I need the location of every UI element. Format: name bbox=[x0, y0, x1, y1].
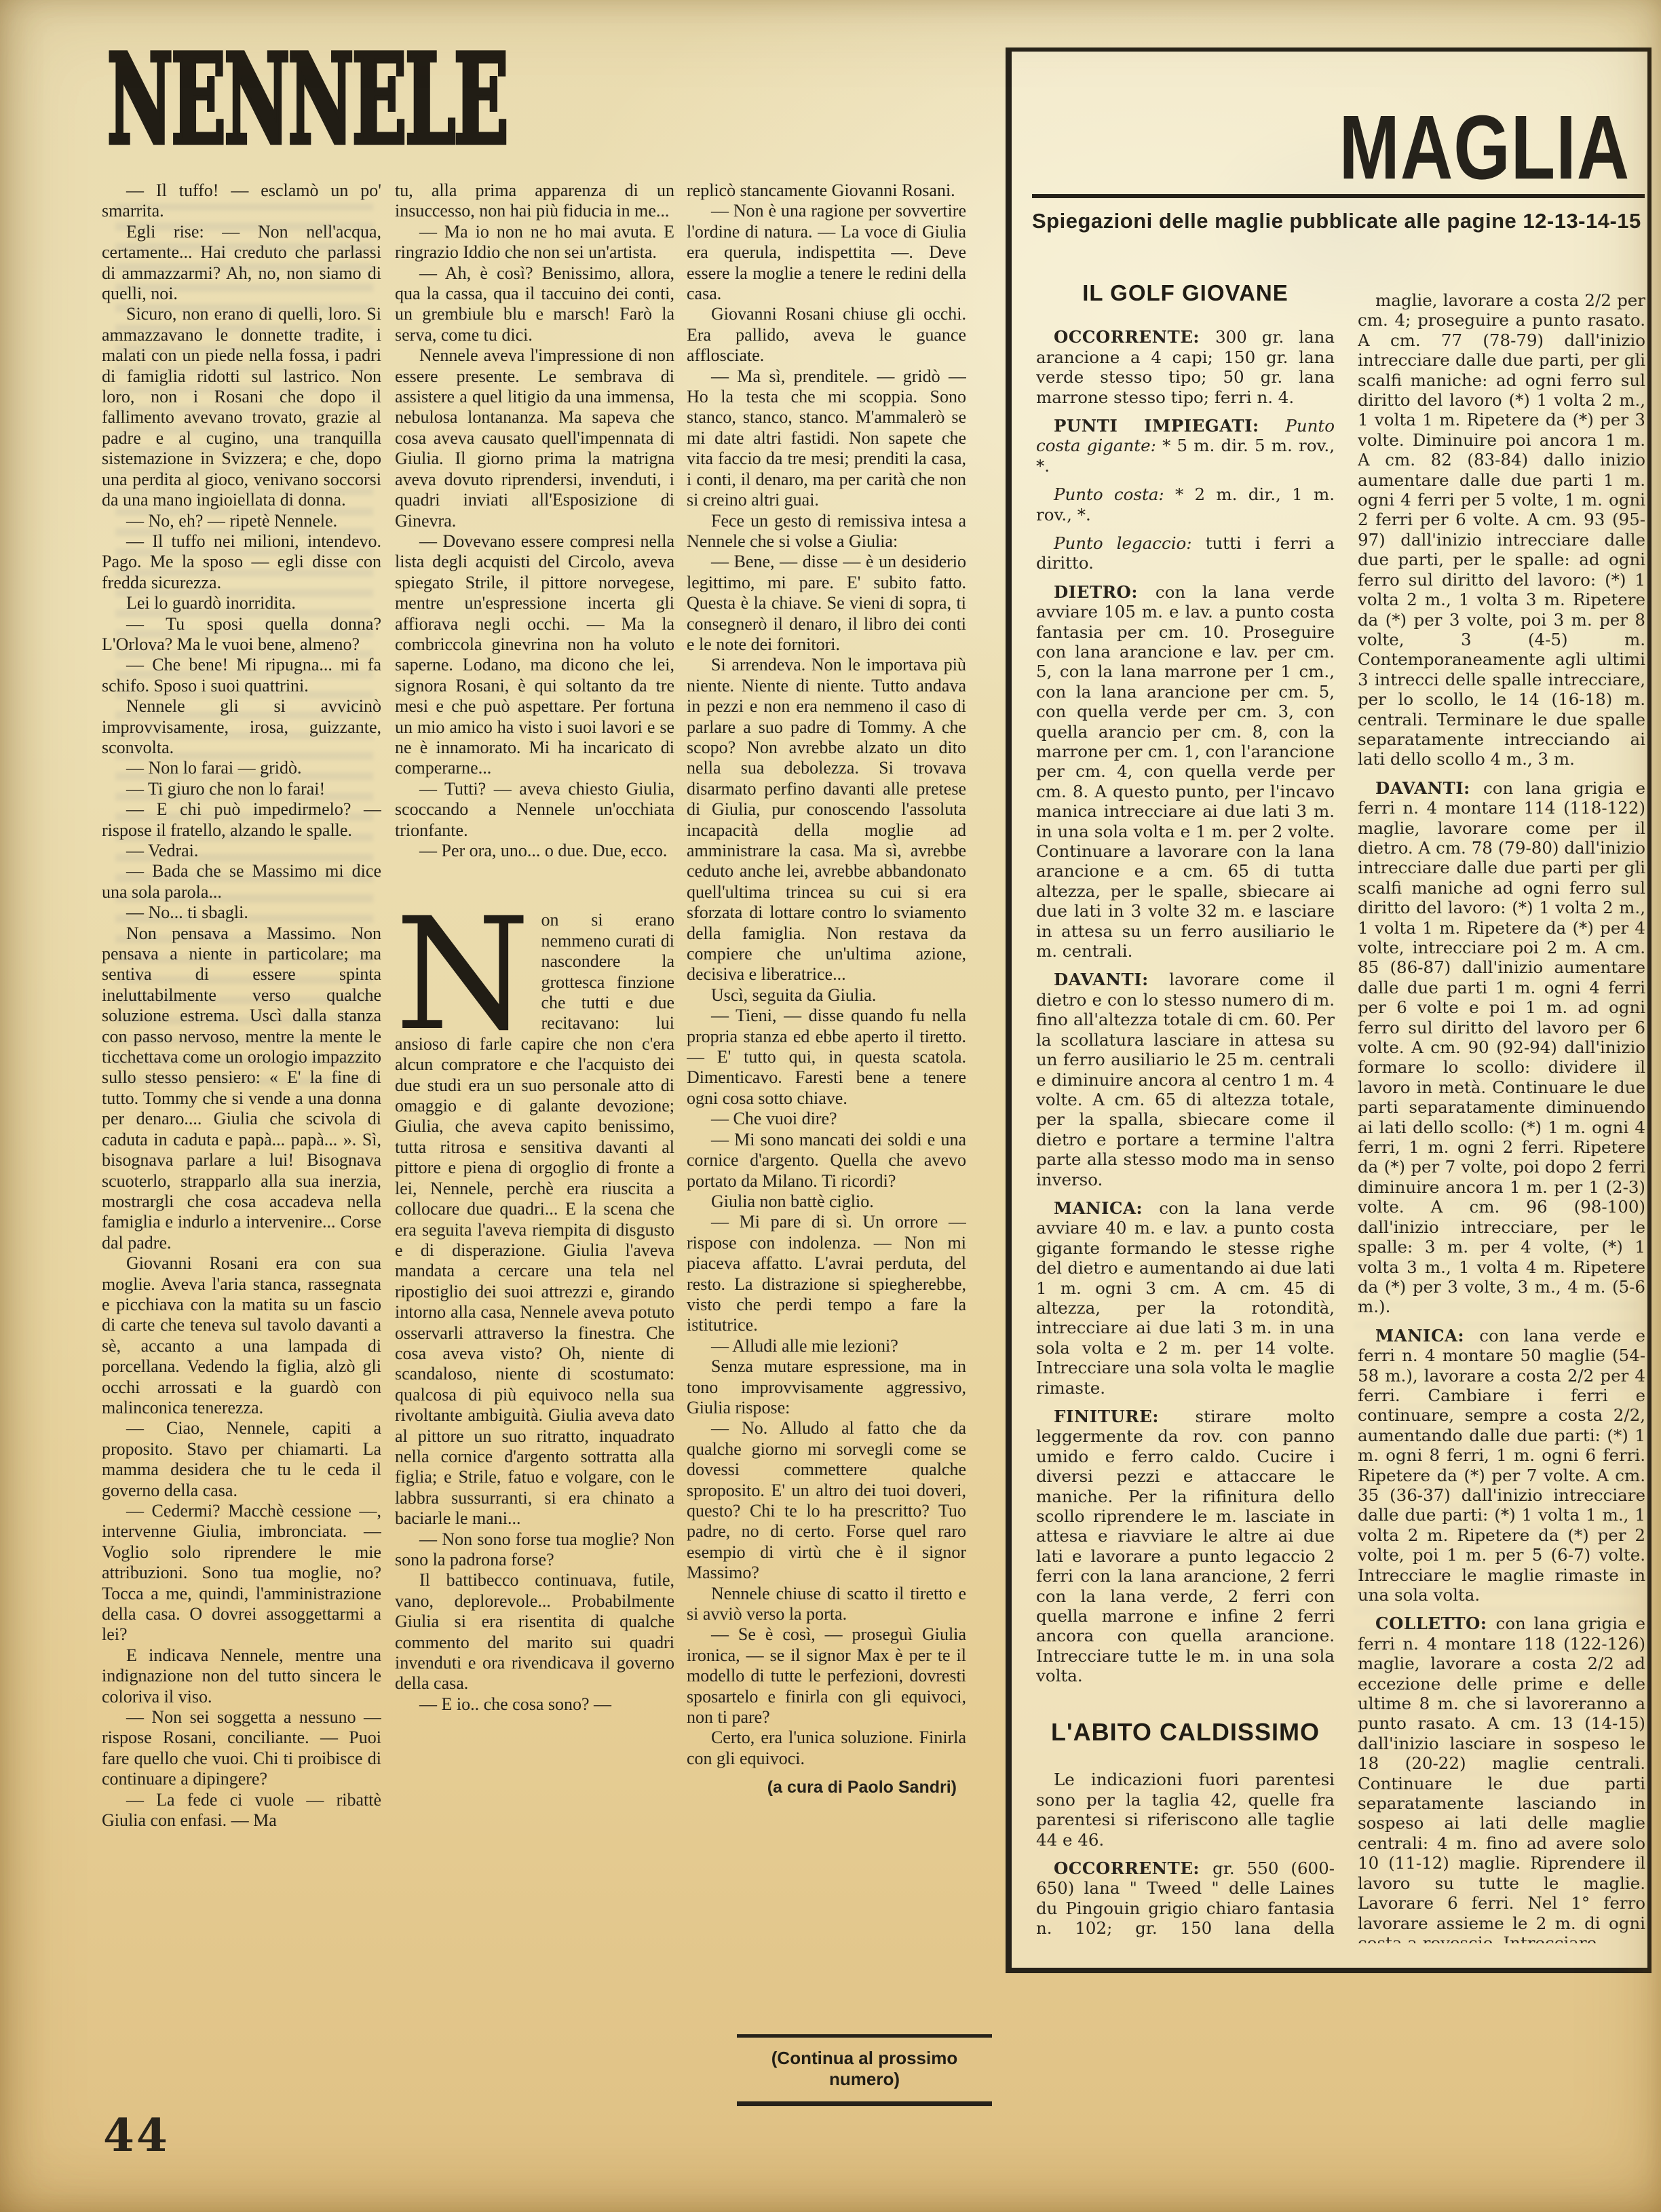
paragraph: Certo, era l'unica soluzione. Finirla co… bbox=[687, 1728, 966, 1769]
paragraph: Egli rise: — Non nell'acqua, certamente.… bbox=[102, 222, 381, 305]
paragraph: — Per ora, uno... o due. Due, ecco. bbox=[395, 841, 674, 861]
paragraph: PUNTI IMPIEGATI: Punto costa gigante: * … bbox=[1036, 416, 1335, 476]
paragraph: — Dovevano essere compresi nella lista d… bbox=[395, 531, 674, 779]
paragraph: DAVANTI: con lana grigia e ferri n. 4 mo… bbox=[1358, 778, 1645, 1317]
paragraph: DAVANTI: lavorare come il dietro e con l… bbox=[1036, 970, 1335, 1189]
paragraph: — Tu sposi quella donna? L'Orlova? Ma le… bbox=[102, 614, 381, 655]
paragraph: — Ma sì, prenditele. — gridò — Ho la tes… bbox=[687, 366, 966, 511]
paragraph: — La fede ci vuole — ribattè Giulia con … bbox=[102, 1790, 381, 1831]
paragraph: — Ah, è così? Benissimo, allora, qua la … bbox=[395, 263, 674, 346]
paragraph: — Bene, — disse — è un desiderio legitti… bbox=[687, 552, 966, 655]
paragraph: Il battibecco continuava, futile, vano, … bbox=[395, 1570, 674, 1694]
paragraph: MANICA: con la lana verde avviare 40 m. … bbox=[1036, 1198, 1335, 1398]
paragraph: — Mi sono mancati dei soldi e una cornic… bbox=[687, 1130, 966, 1191]
paragraph: — Ti giuro che non lo farai! bbox=[102, 779, 381, 799]
paragraph: Giulia non battè ciglio. bbox=[687, 1191, 966, 1212]
paragraph: — Non lo farai — gridò. bbox=[102, 758, 381, 778]
paragraph: OCCORRENTE: gr. 550 (600-650) lana " Twe… bbox=[1036, 1858, 1335, 1941]
paragraph: Nennele chiuse di scatto il tiretto e si… bbox=[687, 1584, 966, 1625]
paragraph: — Il tuffo! — esclamò un po' smarrita. bbox=[102, 180, 381, 222]
story-column-3: replicò stancamente Giovanni Rosani.— No… bbox=[687, 180, 966, 2095]
paragraph: — No, eh? — ripetè Nennele. bbox=[102, 511, 381, 531]
paragraph: — Che bene! Mi ripugna... mi fa schifo. … bbox=[102, 655, 381, 696]
continuation-notice: (Continua al prossimo numero) bbox=[737, 2034, 992, 2106]
paragraph: DIETRO: con la lana verde avviare 105 m.… bbox=[1036, 582, 1335, 961]
section-heading: L'ABITO CALDISSIMO bbox=[1036, 1719, 1335, 1746]
paragraph: Senza mutare espressione, ma in tono imp… bbox=[687, 1356, 966, 1418]
paragraph: Punto legaccio: tutti i ferri a diritto. bbox=[1036, 533, 1335, 573]
paragraph: — Ma io non ne ho mai avuta. E ringrazio… bbox=[395, 222, 674, 263]
paragraph: — Tutti? — aveva chiesto Giulia, scoccan… bbox=[395, 779, 674, 841]
paragraph: Nennele aveva l'impressione di non esser… bbox=[395, 345, 674, 531]
author-credit: (a cura di Paolo Sandri) bbox=[687, 1777, 966, 1797]
paragraph: — Ciao, Nennele, capiti a proposito. Sta… bbox=[102, 1418, 381, 1501]
paragraph: MANICA: con lana verde e ferri n. 4 mont… bbox=[1358, 1326, 1645, 1605]
maglia-divider bbox=[1032, 194, 1645, 198]
maglia-column-b: maglie, lavorare a costa 2/2 per cm. 4; … bbox=[1358, 290, 1645, 1943]
paragraph: — No. Alludo al fatto che da qualche gio… bbox=[687, 1418, 966, 1583]
paragraph: Fece un gesto di remissiva intesa a Nenn… bbox=[687, 511, 966, 552]
paragraph: E indicava Nennele, mentre una indignazi… bbox=[102, 1645, 381, 1707]
paragraph: Non pensava a Massimo. Non pensava a nie… bbox=[102, 923, 381, 1254]
paragraph: — Alludi alle mie lezioni? bbox=[687, 1336, 966, 1356]
paragraph: tu, alla prima apparenza di un insuccess… bbox=[395, 180, 674, 222]
paragraph: OCCORRENTE: 300 gr. lana arancione a 4 c… bbox=[1036, 327, 1335, 407]
paragraph: — Che vuoi dire? bbox=[687, 1109, 966, 1129]
paragraph: FINITURE: stirare molto leggermente da r… bbox=[1036, 1407, 1335, 1686]
paragraph: — Se è così, — proseguì Giulia ironica, … bbox=[687, 1624, 966, 1728]
section-heading: IL GOLF GIOVANE bbox=[1036, 281, 1335, 305]
paragraph: — Vedrai. bbox=[102, 841, 381, 861]
paragraph: Nennele gli si avvicinò improvvisamente,… bbox=[102, 696, 381, 758]
paragraph: COLLETTO: con lana grigia e ferri n. 4 m… bbox=[1358, 1614, 1645, 1943]
paragraph: Sicuro, non erano di quelli, loro. Si am… bbox=[102, 304, 381, 510]
magazine-page: NENNELE — Il tuffo! — esclamò un po' sma… bbox=[0, 0, 1661, 2212]
paragraph: — Il tuffo nei milioni, intendevo. Pago.… bbox=[102, 531, 381, 593]
drop-cap: N bbox=[395, 910, 541, 1032]
story-column-2: tu, alla prima apparenza di un insuccess… bbox=[395, 180, 674, 2095]
maglia-panel: MAGLIA Spiegazioni delle maglie pubblica… bbox=[1006, 47, 1652, 1973]
paragraph: — No... ti sbagli. bbox=[102, 902, 381, 923]
maglia-subtitle: Spiegazioni delle maglie pubblicate alle… bbox=[1032, 209, 1641, 233]
paragraph: maglie, lavorare a costa 2/2 per cm. 4; … bbox=[1358, 290, 1645, 769]
story-title: NENNELE bbox=[107, 38, 507, 161]
continuation-text: (Continua al prossimo numero) bbox=[771, 2048, 957, 2089]
paragraph: Giovanni Rosani chiuse gli occhi. Era pa… bbox=[687, 304, 966, 366]
story-column-1: — Il tuffo! — esclamò un po' smarrita.Eg… bbox=[102, 180, 381, 2095]
paragraph: — Cedermi? Macchè cessione —, intervenne… bbox=[102, 1501, 381, 1645]
paragraph: Uscì, seguita da Giulia. bbox=[687, 985, 966, 1006]
paragraph: Punto costa: * 2 m. dir., 1 m. rov., *. bbox=[1036, 484, 1335, 525]
paragraph: — Non sei soggetta a nessuno — rispose R… bbox=[102, 1707, 381, 1790]
paragraph: — E io.. che cosa sono? — bbox=[395, 1694, 674, 1715]
paragraph: — Mi pare di sì. Un orrore — rispose con… bbox=[687, 1212, 966, 1335]
paragraph: Giovanni Rosani era con sua moglie. Avev… bbox=[102, 1253, 381, 1418]
paragraph: — Non sono forse tua moglie? Non sono la… bbox=[395, 1529, 674, 1571]
paragraph: Si arrendeva. Non le importava più nient… bbox=[687, 655, 966, 985]
story-masthead: NENNELE bbox=[107, 38, 583, 123]
paragraph: Le indicazioni fuori parentesi sono per … bbox=[1036, 1770, 1335, 1850]
paragraph: Non si erano nemmeno curati di nasconder… bbox=[395, 910, 674, 1529]
paragraph: replicò stancamente Giovanni Rosani. bbox=[687, 180, 966, 201]
paragraph: — Non è una ragione per sovvertire l'ord… bbox=[687, 201, 966, 304]
paragraph: Lei lo guardò inorridita. bbox=[102, 593, 381, 613]
maglia-title: MAGLIA bbox=[1339, 102, 1630, 193]
paragraph: — Bada che se Massimo mi dice una sola p… bbox=[102, 861, 381, 902]
maglia-column-a: IL GOLF GIOVANEOCCORRENTE: 300 gr. lana … bbox=[1036, 278, 1335, 1941]
page-number: 44 bbox=[103, 2109, 170, 2162]
paragraph: — Tieni, — disse quando fu nella propria… bbox=[687, 1006, 966, 1109]
paragraph: — E chi può impedirmelo? — rispose il fr… bbox=[102, 799, 381, 841]
